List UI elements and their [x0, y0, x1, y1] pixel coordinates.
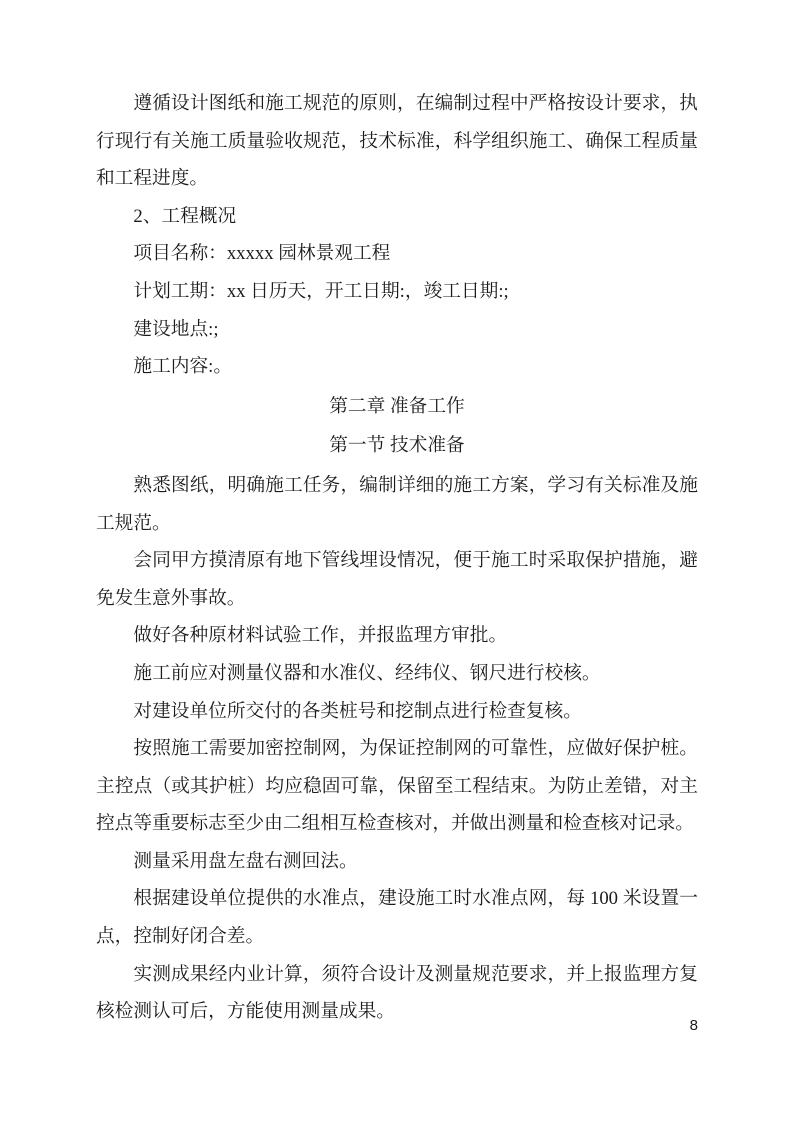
paragraph: 根据建设单位提供的水准点，建设施工时水准点网，每 100 米设置一点，控制好闭合…	[96, 880, 698, 955]
paragraph: 建设地点:;	[96, 311, 698, 349]
page-number: 8	[96, 1016, 698, 1036]
paragraph: 施工前应对测量仪器和水准仪、经纬仪、钢尺进行校核。	[96, 655, 698, 693]
document-page: 遵循设计图纸和施工规范的原则，在编制过程中严格按设计要求，执行现行有关施工质量验…	[0, 0, 793, 1122]
chapter-heading: 第二章 准备工作	[96, 388, 698, 426]
section-heading: 第一节 技术准备	[96, 427, 698, 465]
paragraph: 遵循设计图纸和施工规范的原则，在编制过程中严格按设计要求，执行现行有关施工质量验…	[96, 85, 698, 198]
paragraph: 项目名称：xxxxx 园林景观工程	[96, 235, 698, 273]
paragraph: 会同甲方摸清原有地下管线埋设情况，便于施工时采取保护措施，避免发生意外事故。	[96, 542, 698, 617]
paragraph: 计划工期：xx 日历天，开工日期:，竣工日期:;	[96, 273, 698, 311]
paragraph: 2、工程概况	[96, 198, 698, 236]
paragraph: 按照施工需要加密控制网，为保证控制网的可靠性，应做好保护桩。主控点（或其护桩）均…	[96, 730, 698, 843]
paragraph: 对建设单位所交付的各类桩号和挖制点进行检查复核。	[96, 693, 698, 731]
paragraph: 做好各种原材料试验工作，并报监理方审批。	[96, 617, 698, 655]
paragraph: 测量采用盘左盘右测回法。	[96, 843, 698, 881]
paragraph: 施工内容:。	[96, 348, 698, 386]
page-content: 遵循设计图纸和施工规范的原则，在编制过程中严格按设计要求，执行现行有关施工质量验…	[96, 85, 698, 1031]
paragraph: 熟悉图纸，明确施工任务，编制详细的施工方案，学习有关标准及施工规范。	[96, 467, 698, 542]
